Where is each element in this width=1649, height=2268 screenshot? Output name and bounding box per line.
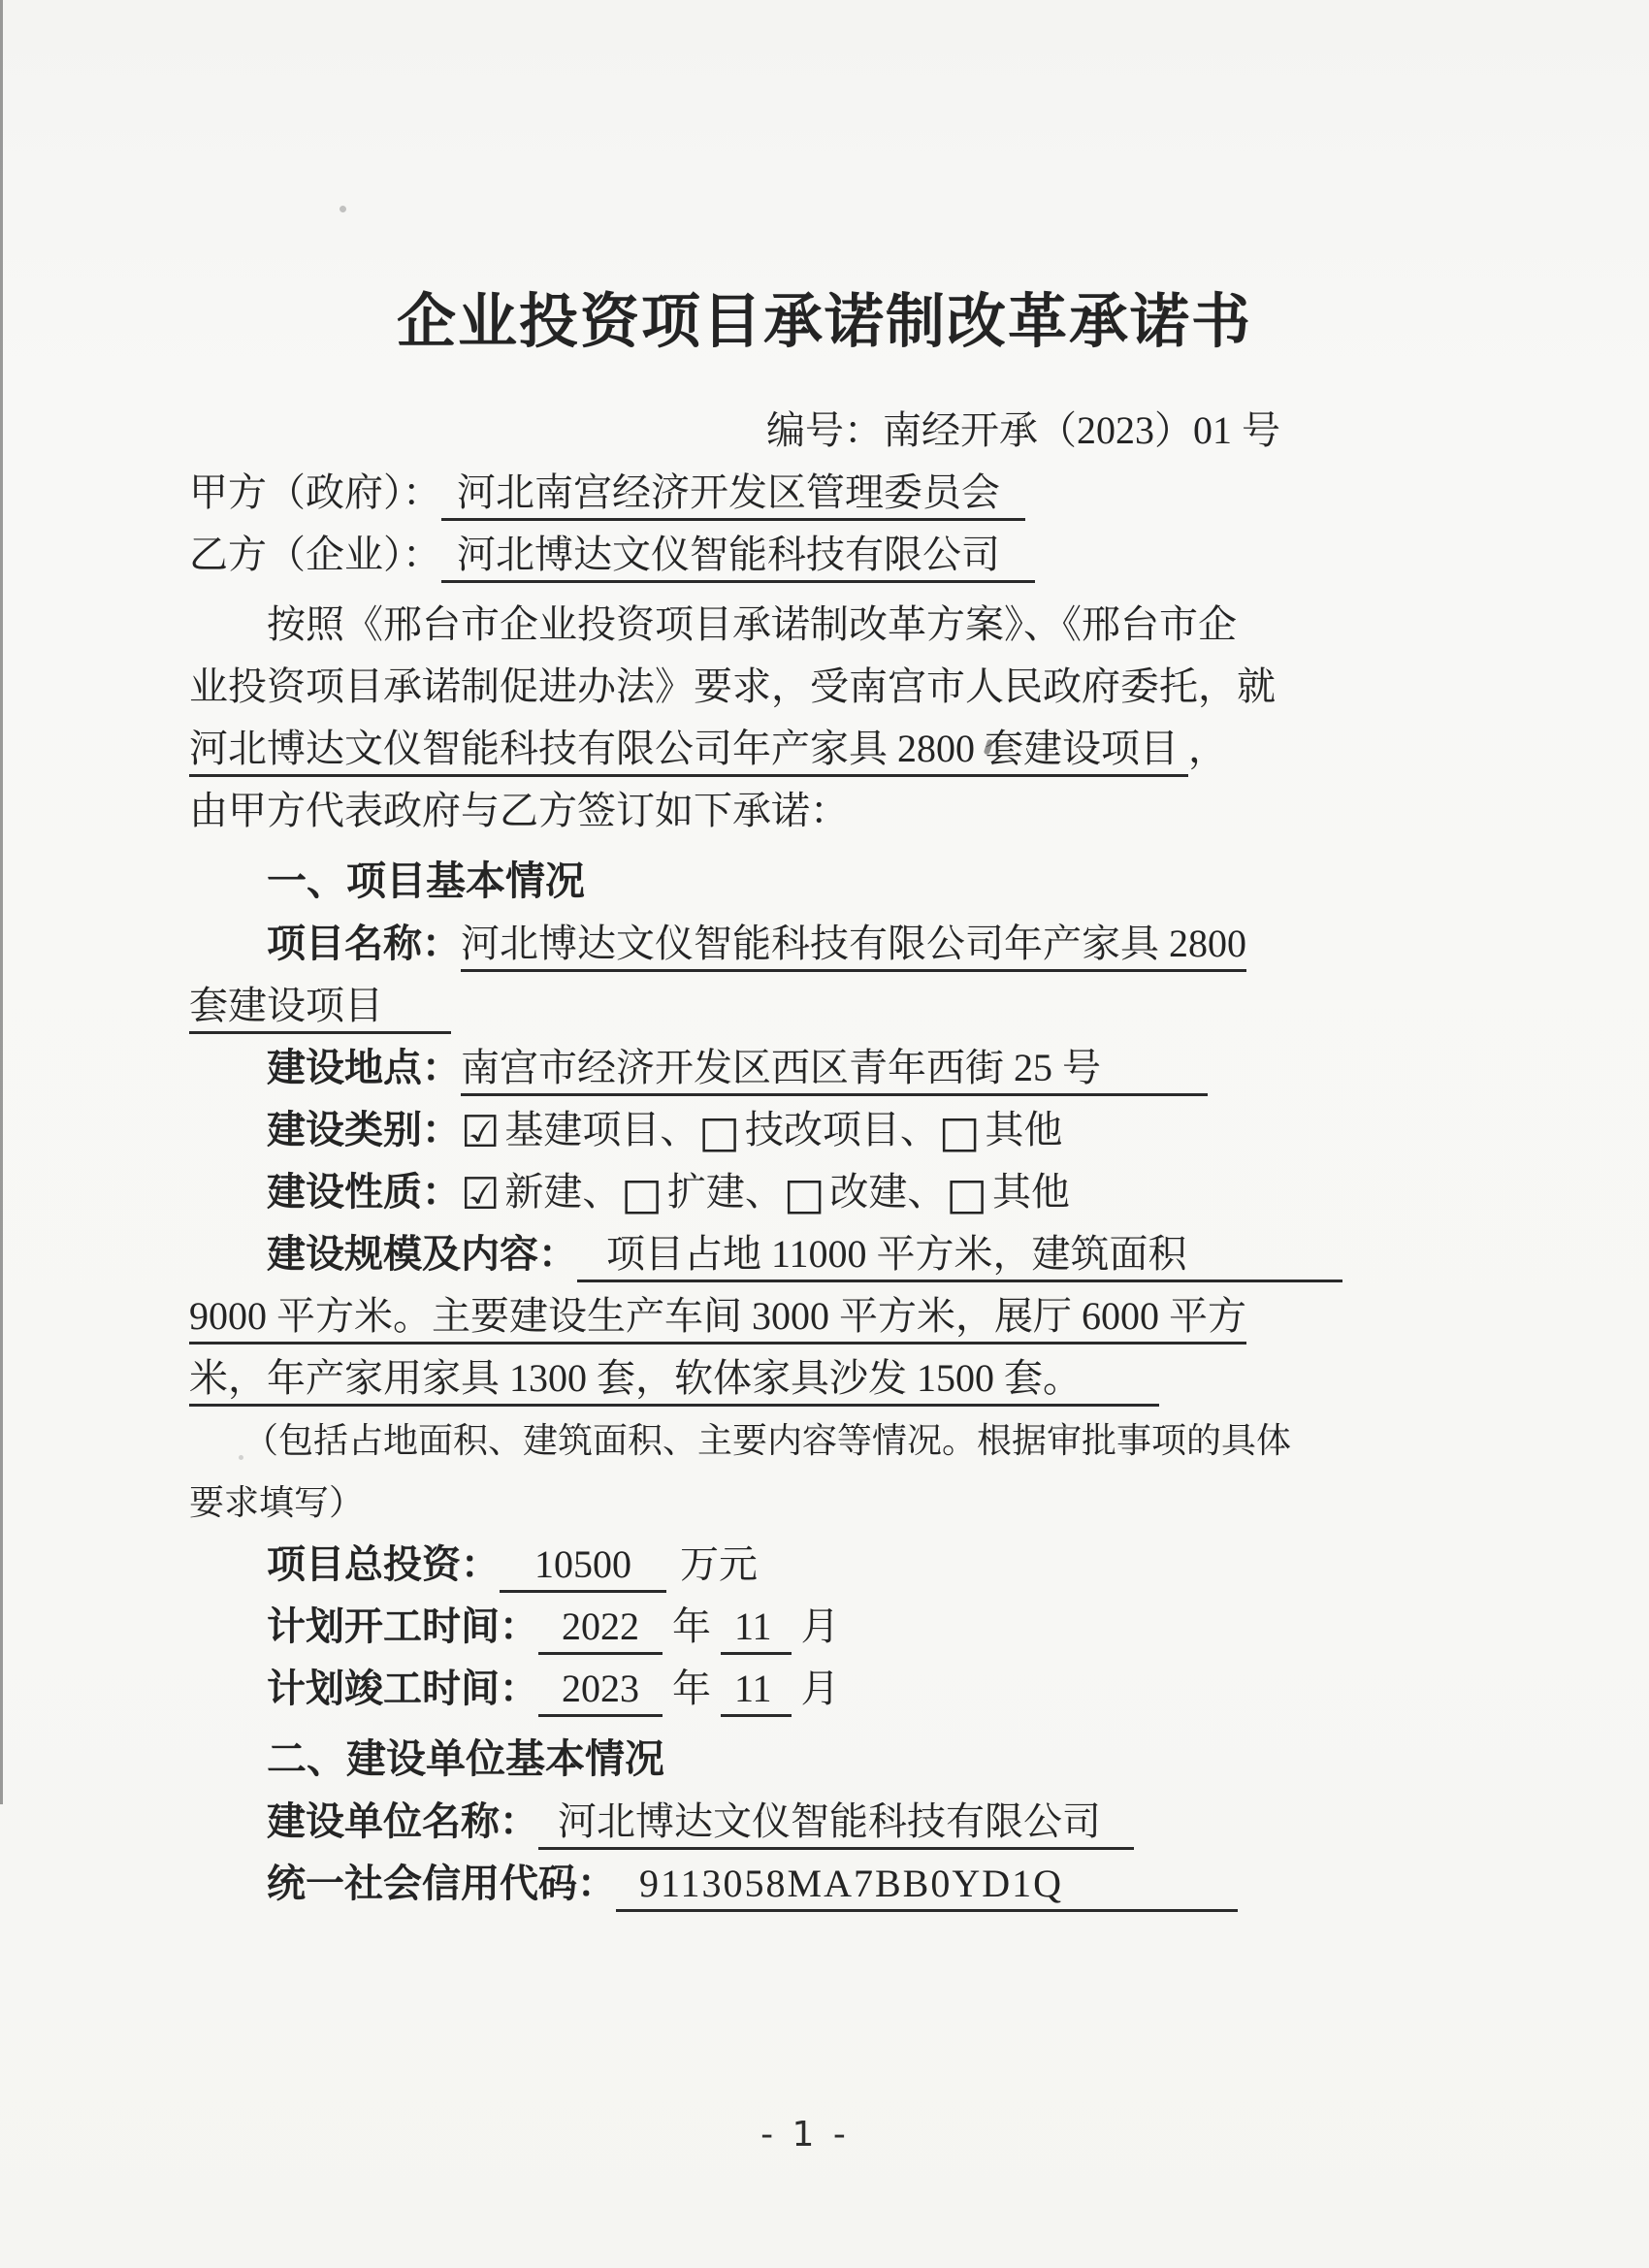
nature-option: □其他 <box>946 1170 1070 1214</box>
doc-number-value: 南经开承（2023）01 号 <box>883 408 1280 452</box>
category-option: □技改项目、 <box>698 1108 939 1151</box>
category-label: 建设类别： <box>267 1109 461 1151</box>
investment-label: 项目总投资： <box>267 1543 500 1586</box>
project-name-line: 项目名称：河北博达文仪智能科技有限公司年产家具 2800 <box>189 913 1426 975</box>
start-time-line: 计划开工时间：2022年11月 <box>189 1596 1426 1658</box>
category-option-label: 基建项目 <box>504 1108 660 1151</box>
start-time-label: 计划开工时间： <box>267 1605 538 1648</box>
nature-option-label: 改建 <box>829 1170 907 1214</box>
project-name-label: 项目名称： <box>267 923 461 965</box>
investment-unit: 万元 <box>666 1542 758 1586</box>
section2-heading: 二、建设单位基本情况 <box>189 1728 1426 1791</box>
nature-label: 建设性质： <box>267 1171 461 1214</box>
project-name-value: 河北博达文仪智能科技有限公司年产家具 2800 <box>461 922 1246 972</box>
investment-line: 项目总投资：10500万元 <box>189 1534 1426 1596</box>
end-time-label: 计划竣工时间： <box>267 1668 538 1710</box>
checkbox-unchecked-icon: □ <box>784 1168 825 1219</box>
company-name-label: 建设单位名称： <box>267 1800 538 1843</box>
location-line: 建设地点：南宫市经济开发区西区青年西街 25 号 <box>189 1037 1426 1099</box>
category-option: ☑基建项目、 <box>461 1108 698 1151</box>
scan-edge-artifact <box>0 0 3 1804</box>
scale-note-line-2: 要求填写） <box>189 1472 1426 1534</box>
preamble-line: 业投资项目承诺制促进办法》要求，受南宫市人民政府委托，就 <box>189 656 1426 718</box>
preamble-project-name: 河北博达文仪智能科技有限公司年产家具 2800 套建设项目 <box>189 727 1188 777</box>
nature-line: 建设性质：☑新建、□扩建、□改建、□其他 <box>189 1161 1426 1223</box>
scale-value: 项目占地 11000 平方米，建筑面积 <box>577 1232 1342 1282</box>
page-number: - 1 - <box>0 2115 1610 2155</box>
nature-option: □改建、 <box>784 1170 947 1214</box>
party-b-line: 乙方（企业）：河北博达文仪智能科技有限公司 <box>189 524 1426 586</box>
nature-option: ☑新建、 <box>461 1170 621 1214</box>
party-b-label: 乙方（企业）： <box>189 533 441 576</box>
scale-label: 建设规模及内容： <box>267 1233 577 1276</box>
party-a-value: 河北南宫经济开发区管理委员会 <box>441 470 1025 521</box>
scale-note-line: （包括占地面积、建筑面积、主要内容等情况。根据审批事项的具体 <box>189 1409 1426 1472</box>
preamble-line: 河北博达文仪智能科技有限公司年产家具 2800 套建设项目， <box>189 718 1426 780</box>
end-month-value: 11 <box>721 1667 792 1717</box>
category-option: □其他 <box>939 1108 1063 1151</box>
checkbox-unchecked-icon: □ <box>621 1168 663 1219</box>
party-a-label: 甲方（政府）： <box>189 470 441 514</box>
month-unit: 月 <box>792 1604 840 1648</box>
category-option-label: 技改项目 <box>745 1108 900 1151</box>
location-value: 南宫市经济开发区西区青年西街 25 号 <box>461 1046 1208 1096</box>
credit-code-value: 9113058MA7BB0YD1Q <box>616 1862 1238 1912</box>
checkbox-unchecked-icon: □ <box>946 1168 987 1219</box>
section1-heading: 一、项目基本情况 <box>189 850 1426 913</box>
scale-line: 建设规模及内容：项目占地 11000 平方米，建筑面积 <box>189 1223 1426 1285</box>
location-label: 建设地点： <box>267 1047 461 1089</box>
category-option-label: 其他 <box>985 1108 1062 1151</box>
scale-value-cont: 米，年产家用家具 1300 套，软体家具沙发 1500 套。 <box>189 1356 1159 1407</box>
company-name-value: 河北博达文仪智能科技有限公司 <box>538 1799 1134 1850</box>
preamble-comma: ， <box>1188 727 1227 770</box>
year-unit: 年 <box>663 1667 721 1710</box>
nature-option-label: 新建 <box>504 1170 582 1214</box>
scale-value-cont: 9000 平方米。主要建设生产车间 3000 平方米，展厅 6000 平方 <box>189 1294 1246 1345</box>
document-title: 企业投资项目承诺制改革承诺书 <box>0 0 1649 355</box>
preamble-line: 由甲方代表政府与乙方签订如下承诺： <box>189 780 1426 842</box>
project-name-value-cont: 套建设项目 <box>189 984 451 1034</box>
nature-option: □扩建、 <box>621 1170 784 1214</box>
nature-option-label: 扩建 <box>667 1170 745 1214</box>
checkbox-checked-icon: ☑ <box>461 1168 500 1219</box>
credit-code-line: 统一社会信用代码：9113058MA7BB0YD1Q <box>189 1853 1426 1915</box>
doc-number-line: 编号：南经开承（2023）01 号 <box>189 400 1426 462</box>
nature-option-label: 其他 <box>992 1170 1070 1214</box>
party-b-value: 河北博达文仪智能科技有限公司 <box>441 533 1035 583</box>
checkbox-checked-icon: ☑ <box>461 1106 500 1157</box>
preamble-line: 按照《邢台市企业投资项目承诺制改革方案》、《邢台市企 <box>189 594 1426 656</box>
doc-number-label: 编号： <box>766 408 883 452</box>
month-unit: 月 <box>792 1667 840 1710</box>
credit-code-label: 统一社会信用代码： <box>267 1863 616 1905</box>
year-unit: 年 <box>663 1604 721 1648</box>
scale-line-3: 米，年产家用家具 1300 套，软体家具沙发 1500 套。 <box>189 1347 1426 1409</box>
document-page: 企业投资项目承诺制改革承诺书 编号：南经开承（2023）01 号 甲方（政府）：… <box>0 0 1649 2268</box>
end-year-value: 2023 <box>538 1667 663 1717</box>
scan-speck-artifact <box>239 1455 243 1460</box>
checkbox-unchecked-icon: □ <box>939 1106 981 1157</box>
start-year-value: 2022 <box>538 1604 663 1655</box>
party-a-line: 甲方（政府）：河北南宫经济开发区管理委员会 <box>189 462 1426 524</box>
company-name-line: 建设单位名称：河北博达文仪智能科技有限公司 <box>189 1791 1426 1853</box>
start-month-value: 11 <box>721 1604 792 1655</box>
scale-line-2: 9000 平方米。主要建设生产车间 3000 平方米，展厅 6000 平方 <box>189 1285 1426 1347</box>
end-time-line: 计划竣工时间：2023年11月 <box>189 1658 1426 1720</box>
project-name-line-2: 套建设项目 <box>189 975 1426 1037</box>
category-line: 建设类别：☑基建项目、□技改项目、□其他 <box>189 1099 1426 1161</box>
checkbox-unchecked-icon: □ <box>698 1106 740 1157</box>
investment-value: 10500 <box>500 1542 666 1593</box>
